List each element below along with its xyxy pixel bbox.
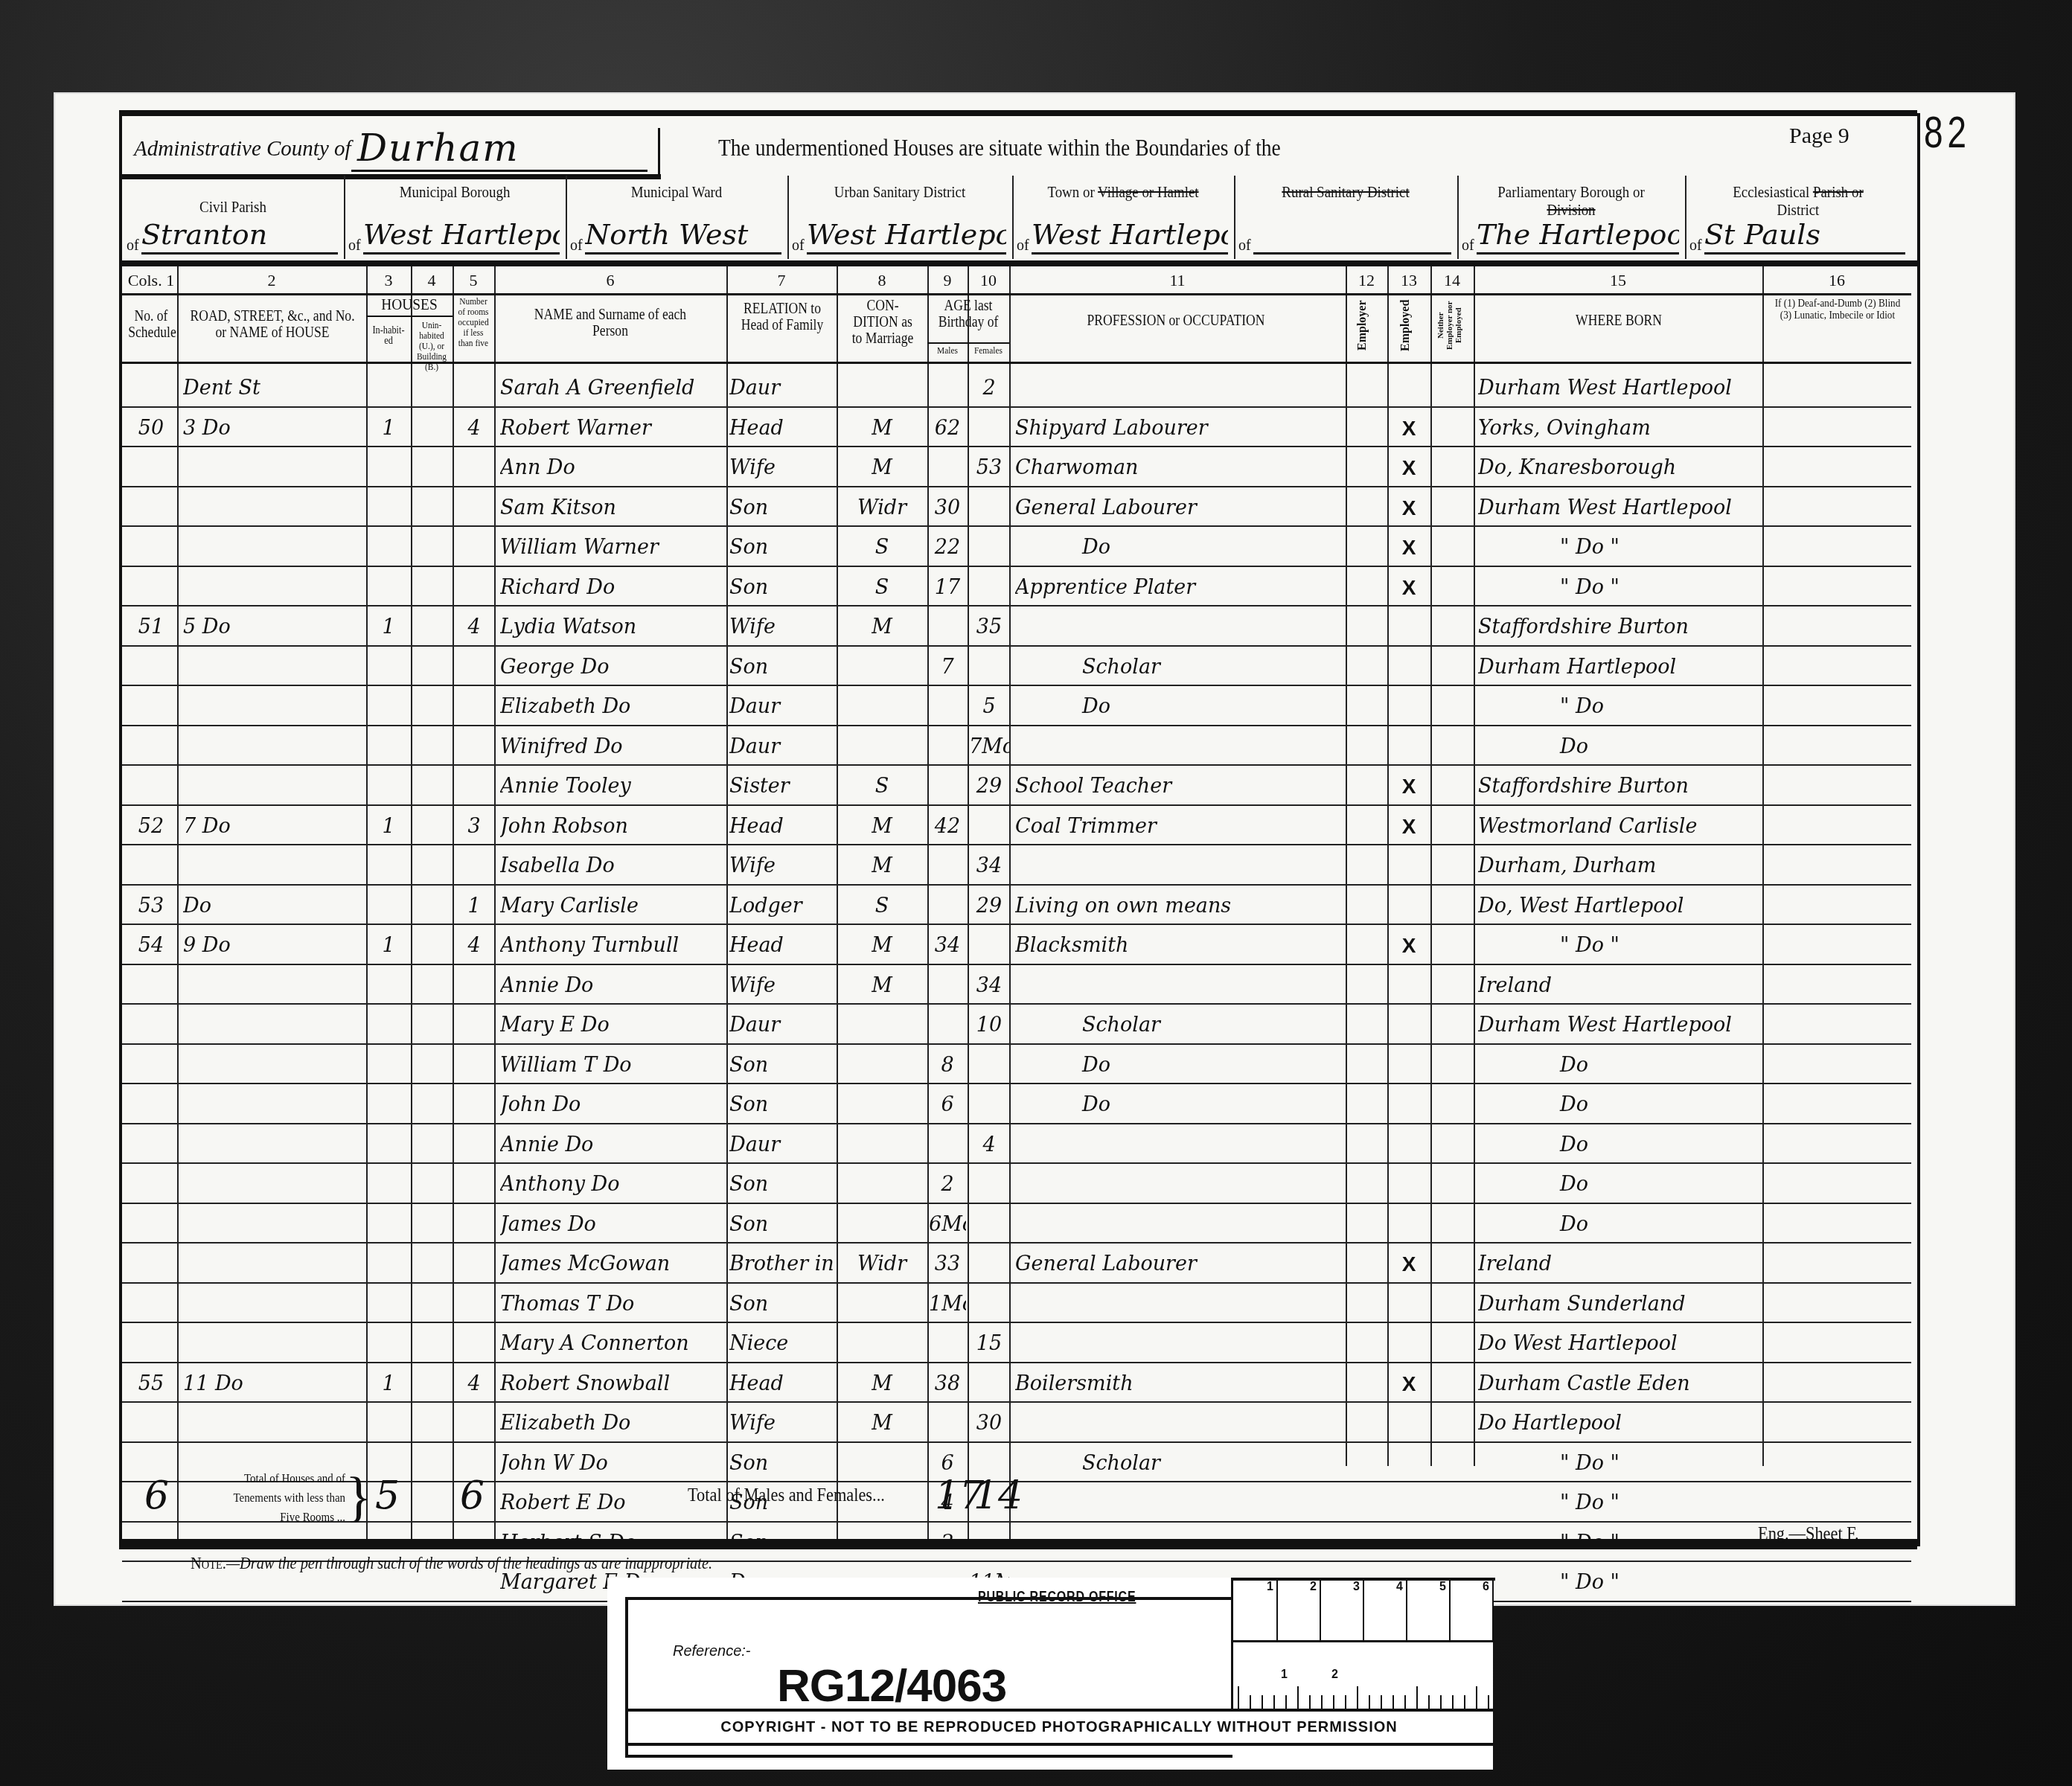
scale-tick (1392, 1695, 1394, 1712)
cell-relation: Son (729, 1162, 834, 1203)
cell-employed (1389, 685, 1429, 725)
cell-condition (838, 1083, 926, 1123)
area-value: West Hartlepool (1032, 217, 1228, 255)
cell-occupation: Living on own means (1015, 884, 1343, 924)
cell-name: Sarah A Greenfield (500, 366, 725, 406)
cell-age-m (929, 446, 966, 486)
cell-rooms (454, 486, 494, 526)
cell-address: 9 Do (183, 924, 365, 964)
cell-schedule (125, 486, 177, 526)
col-number: 11 (1009, 271, 1346, 290)
cell-born: Ireland (1478, 964, 1791, 1004)
area-parliamentary-borough: Parliamentary Borough orDivision of The … (1457, 176, 1686, 259)
col-number: 13 (1387, 271, 1430, 290)
cell-age-f: 2 (969, 366, 1009, 406)
cell-rooms: 3 (454, 804, 494, 845)
scale-tick (1262, 1695, 1263, 1712)
cell-inhabited: 1 (368, 1362, 409, 1402)
cell-occupation: Do (1015, 525, 1410, 566)
cell-age-m (929, 685, 966, 725)
cell-condition: M (838, 924, 926, 964)
cell-address (183, 1003, 365, 1043)
col-number: 14 (1430, 271, 1474, 290)
col-number: 9 (927, 271, 968, 290)
table-row: James DoSon6MoDo (122, 1203, 1911, 1244)
cell-address (183, 1083, 365, 1123)
cell-born: Do Hartlepool (1478, 1401, 1791, 1441)
cell-occupation: General Labourer (1015, 1242, 1343, 1282)
cell-schedule (125, 525, 177, 566)
page-label: Page 9 (1789, 124, 1849, 149)
cell-age-f (969, 1043, 1009, 1084)
cell-born: Do (1478, 1162, 1873, 1203)
cell-schedule: 52 (125, 804, 177, 845)
cell-rooms (454, 525, 494, 566)
of-label: of (1689, 237, 1702, 255)
cell-occupation (1015, 1322, 1343, 1362)
table-row: George DoSon7ScholarDurham Hartlepool (122, 645, 1911, 687)
cell-born: Yorks, Ovingham (1478, 406, 1791, 446)
cell-born: Do (1478, 1043, 1873, 1084)
cell-name: Annie Tooley (500, 764, 725, 804)
public-record-office-label: PUBLIC RECORD OFFICE (978, 1589, 1136, 1606)
cell-relation: Son (729, 1043, 834, 1084)
cell-born: " Do " (1478, 525, 1873, 566)
cell-age-f (969, 1162, 1009, 1203)
col-number: Cols. 1 (125, 271, 177, 290)
cell-born: Durham West Hartlepool (1478, 366, 1791, 406)
cell-relation: Daur (729, 1123, 834, 1163)
cell-occupation: Scholar (1015, 1003, 1410, 1043)
cell-name: Anthony Do (500, 1162, 725, 1203)
area-headers: Civil Parish of Stranton Municipal Borou… (122, 176, 1911, 259)
cell-age-m (929, 366, 966, 406)
scale-tick (1440, 1695, 1442, 1712)
cell-employed: X (1389, 566, 1429, 606)
heading-address: ROAD, STREET, &c., and No. or NAME of HO… (190, 308, 355, 341)
cell-relation: Wife (729, 605, 834, 645)
cell-schedule: 54 (125, 924, 177, 964)
of-label: of (127, 237, 139, 255)
cell-schedule (125, 1401, 177, 1441)
area-town: Town or Village or Hamlet of West Hartle… (1012, 176, 1235, 259)
cell-relation: Daur (729, 366, 834, 406)
cell-schedule (125, 1083, 177, 1123)
cell-age-f (969, 406, 1009, 446)
cell-rooms: 4 (454, 406, 494, 446)
scale-mark: 1 (1281, 1668, 1288, 1682)
scale-unit: 5 (1406, 1581, 1451, 1640)
area-municipal-borough: Municipal Borough of West Hartlepool (344, 176, 567, 259)
area-civil-parish: Civil Parish of Stranton (122, 176, 345, 259)
area-ecclesiastical: Ecclesiastical Parish orDistrict of St P… (1685, 176, 1911, 259)
area-heading: Municipal Ward (581, 183, 772, 201)
cell-name: Mary Carlisle (500, 884, 725, 924)
frame-top-rule (119, 110, 1917, 116)
cell-address (183, 486, 365, 526)
cell-age-m (929, 1123, 966, 1163)
admin-county-box: Administrative County of Durham (128, 128, 660, 174)
cell-address: 7 Do (183, 804, 365, 845)
cell-age-m (929, 1401, 966, 1441)
cell-schedule (125, 725, 177, 765)
cell-rooms (454, 645, 494, 685)
cell-born: Durham West Hartlepool (1478, 486, 1791, 526)
cell-relation: Head (729, 406, 834, 446)
cell-condition: Widr (838, 1242, 926, 1282)
scale-tick (1285, 1695, 1287, 1712)
scale-tick (1428, 1695, 1430, 1712)
cell-rooms (454, 1282, 494, 1322)
area-heading: Urban Sanitary District (803, 183, 997, 201)
header-bottom-rule (122, 362, 1911, 364)
cell-occupation (1015, 1282, 1343, 1322)
heading-relation: RELATION to Head of Family (735, 301, 830, 333)
cell-born: Durham Castle Eden (1478, 1362, 1791, 1402)
heading-uninhabited: Unin-habited (U.), or Building (B.) (413, 320, 450, 372)
cell-name: Elizabeth Do (500, 1401, 725, 1441)
cell-born: " Do " (1478, 1561, 1873, 1601)
cell-rooms (454, 1162, 494, 1203)
copyright-notice: COPYRIGHT - NOT TO BE REPRODUCED PHOTOGR… (625, 1709, 1493, 1746)
cell-rooms: 4 (454, 924, 494, 964)
heading-inhabited: In-habit-ed (370, 326, 406, 347)
total-rooms: 6 (460, 1473, 485, 1518)
cell-age-f (969, 1282, 1009, 1322)
area-heading: Ecclesiastical Parish orDistrict (1701, 183, 1895, 219)
cell-relation: Sister (729, 764, 834, 804)
cell-inhabited (368, 1083, 409, 1123)
cell-rooms (454, 1401, 494, 1441)
cell-occupation: Blacksmith (1015, 924, 1343, 964)
cell-employed: X (1389, 1242, 1429, 1282)
cell-age-f: 53 (969, 446, 1009, 486)
cell-schedule (125, 685, 177, 725)
cell-age-f (969, 645, 1009, 685)
area-heading: Municipal Borough (359, 183, 550, 201)
cell-address: Do (183, 884, 365, 924)
heading-age: AGE last Birthday of (933, 298, 1005, 330)
table-row: Mary A ConnertonNiece15Do West Hartlepoo… (122, 1322, 1911, 1363)
cell-name: Lydia Watson (500, 605, 725, 645)
cell-age-m: 34 (929, 924, 966, 964)
cell-name: Elizabeth Do (500, 685, 725, 725)
age-rule (927, 342, 1009, 344)
scale-tick (1416, 1686, 1418, 1712)
table-row: Anthony DoSon2Do (122, 1162, 1911, 1204)
cell-address (183, 1322, 365, 1362)
cell-age-m: 42 (929, 804, 966, 845)
reference-code: RG12/4063 (777, 1659, 1006, 1712)
cell-rooms (454, 1203, 494, 1243)
cell-schedule (125, 964, 177, 1004)
cell-age-f (969, 566, 1009, 606)
cell-address: 3 Do (183, 406, 365, 446)
cell-address: Dent St (183, 366, 365, 406)
cell-address (183, 1282, 365, 1322)
cell-rooms (454, 1003, 494, 1043)
area-value: North West (585, 217, 781, 255)
table-row: Winifred DoDaur7MoDo (122, 725, 1911, 766)
cell-relation: Head (729, 804, 834, 845)
table-row: Elizabeth DoDaur5Do" Do (122, 685, 1911, 726)
table-row: James McGowanBrother in LawWidr33General… (122, 1242, 1911, 1284)
cell-schedule (125, 1203, 177, 1243)
total-males-females-label: Total of Males and Females... (688, 1484, 885, 1506)
cell-employed: X (1389, 486, 1429, 526)
heading-where-born: WHERE BORN (1497, 313, 1740, 329)
cell-occupation: Apprentice Plater (1015, 566, 1343, 606)
cell-age-m: 1Mo (929, 1282, 966, 1322)
folio-number: 82 (1924, 106, 1971, 158)
cell-condition: M (838, 1362, 926, 1402)
scale-tick (1333, 1695, 1334, 1712)
of-label: of (348, 237, 361, 255)
cell-occupation (1015, 1401, 1343, 1441)
cell-name: Winifred Do (500, 725, 725, 765)
cell-rooms (454, 1043, 494, 1084)
cell-born: Staffordshire Burton (1478, 605, 1791, 645)
cell-employed (1389, 605, 1429, 645)
scale-tick (1273, 1695, 1275, 1712)
cell-name: James McGowan (500, 1242, 725, 1282)
area-urban-sanitary-district: Urban Sanitary District of West Hartlepo… (787, 176, 1014, 259)
cell-schedule (125, 1043, 177, 1084)
heading-females: Females (970, 345, 1006, 356)
cell-age-f: 30 (969, 1401, 1009, 1441)
cell-address (183, 645, 365, 685)
sheet-identifier: Eng.—Sheet F. (1758, 1523, 1858, 1545)
table-row: 5511 Do14Robert SnowballHeadM38Boilersmi… (122, 1362, 1911, 1403)
cell-inhabited (368, 525, 409, 566)
scale-tick (1404, 1695, 1406, 1712)
brace: } (345, 1467, 372, 1527)
cell-occupation (1015, 725, 1343, 765)
cell-condition: M (838, 964, 926, 1004)
cell-name: John Robson (500, 804, 725, 845)
cell-schedule: 53 (125, 884, 177, 924)
cell-employed (1389, 1282, 1429, 1322)
cell-born: Do (1478, 725, 1873, 765)
cell-age-m: 17 (929, 566, 966, 606)
cell-relation: Wife (729, 964, 834, 1004)
frame-bottom-rule (119, 1539, 1917, 1549)
table-row: 549 Do14Anthony TurnbullHeadM34Blacksmit… (122, 924, 1911, 965)
cell-condition: S (838, 884, 926, 924)
table-row: 53Do1Mary CarlisleLodgerS29Living on own… (122, 884, 1911, 926)
cell-inhabited (368, 446, 409, 486)
cell-occupation (1015, 605, 1343, 645)
cell-born: " Do (1478, 685, 1873, 725)
cell-employed: X (1389, 525, 1429, 566)
cell-relation: Son (729, 566, 834, 606)
cell-occupation (1015, 1203, 1343, 1243)
cell-inhabited (368, 1003, 409, 1043)
cell-born: Durham Sunderland (1478, 1282, 1791, 1322)
cell-schedule (125, 764, 177, 804)
scale-mark: 2 (1331, 1668, 1338, 1682)
table-row: 527 Do13John RobsonHeadM42Coal TrimmerXW… (122, 804, 1911, 846)
cell-condition (838, 1282, 926, 1322)
cell-schedule (125, 1282, 177, 1322)
cell-schedule (125, 844, 177, 884)
col-number: 12 (1346, 271, 1387, 290)
cell-address (183, 1242, 365, 1282)
cell-age-m (929, 1003, 966, 1043)
cell-name: Robert Warner (500, 406, 725, 446)
cell-name: Annie Do (500, 964, 725, 1004)
cell-employed (1389, 1162, 1429, 1203)
table-row: Annie DoDaur4Do (122, 1123, 1911, 1165)
cell-age-f: 34 (969, 844, 1009, 884)
cell-relation: Lodger (729, 884, 834, 924)
cell-schedule (125, 566, 177, 606)
scale-unit: 6 (1449, 1581, 1494, 1640)
cell-occupation: Coal Trimmer (1015, 804, 1343, 845)
cell-condition (838, 645, 926, 685)
heading-employed: Employed (1399, 298, 1413, 353)
heading-name: NAME and Surname of each Person (519, 307, 702, 339)
table-row: Thomas T DoSon1MoDurham Sunderland (122, 1282, 1911, 1324)
cell-age-f: 34 (969, 964, 1009, 1004)
cell-condition (838, 725, 926, 765)
cell-inhabited: 1 (368, 406, 409, 446)
cell-age-f (969, 525, 1009, 566)
totals-row: 6 Total of Houses and of Tenements with … (122, 1463, 1911, 1540)
scale-unit: 1 (1233, 1581, 1278, 1640)
col-number: 2 (177, 271, 366, 290)
cell-occupation: School Teacher (1015, 764, 1343, 804)
cell-condition (838, 685, 926, 725)
cell-inhabited: 1 (368, 804, 409, 845)
cell-age-m: 6Mo (929, 1203, 966, 1243)
cell-name: Sam Kitson (500, 486, 725, 526)
cell-age-m: 62 (929, 406, 966, 446)
cell-schedule (125, 1162, 177, 1203)
table-row: Ann DoWifeM53CharwomanXDo, Knaresborough (122, 446, 1911, 487)
cell-inhabited (368, 844, 409, 884)
cell-employed (1389, 1322, 1429, 1362)
cell-name: Mary A Connerton (500, 1322, 725, 1362)
cell-schedule (125, 645, 177, 685)
cell-address (183, 844, 365, 884)
cell-schedule (125, 366, 177, 406)
cell-born: Do (1478, 1123, 1873, 1163)
areas-rule (119, 260, 1917, 266)
cell-age-f: 5 (969, 685, 1009, 725)
cell-age-m: 33 (929, 1242, 966, 1282)
table-row: 515 Do14Lydia WatsonWifeM35Staffordshire… (122, 605, 1911, 647)
cell-relation: Wife (729, 1401, 834, 1441)
cell-rooms: 1 (454, 884, 494, 924)
cell-inhabited: 1 (368, 605, 409, 645)
cell-occupation: General Labourer (1015, 486, 1343, 526)
area-rural-sanitary-district: Rural Sanitary District of (1234, 176, 1459, 259)
of-label: of (1017, 237, 1029, 255)
cell-rooms (454, 1322, 494, 1362)
scale-tick (1297, 1686, 1299, 1712)
cell-schedule (125, 1003, 177, 1043)
cell-occupation: Scholar (1015, 645, 1410, 685)
cell-born: Do, West Hartlepool (1478, 884, 1791, 924)
cell-address: 5 Do (183, 605, 365, 645)
table-row: Isabella DoWifeM34Durham, Durham (122, 844, 1911, 886)
total-schedules: 6 (144, 1473, 169, 1518)
cell-rooms (454, 566, 494, 606)
area-value: St Pauls (1704, 217, 1905, 255)
cell-born: " Do " (1478, 924, 1873, 964)
cell-name: Robert Snowball (500, 1362, 725, 1402)
col-number: 8 (837, 271, 927, 290)
cell-address (183, 1162, 365, 1203)
cell-inhabited (368, 1242, 409, 1282)
cell-age-m: 7 (929, 645, 966, 685)
cell-condition (838, 1203, 926, 1243)
cell-condition (838, 1322, 926, 1362)
total-females: 14 (973, 1473, 1023, 1518)
cell-age-m (929, 764, 966, 804)
cell-condition: M (838, 446, 926, 486)
cell-name: William Warner (500, 525, 725, 566)
cell-inhabited (368, 1123, 409, 1163)
scale-unit: 3 (1320, 1581, 1364, 1640)
cell-inhabited (368, 964, 409, 1004)
cell-rooms (454, 844, 494, 884)
cell-employed (1389, 884, 1429, 924)
cell-relation: Head (729, 924, 834, 964)
cell-inhabited (368, 366, 409, 406)
cell-condition (838, 1162, 926, 1203)
scale-tick (1476, 1686, 1477, 1712)
cell-condition: M (838, 844, 926, 884)
cell-condition (838, 1003, 926, 1043)
cell-inhabited (368, 725, 409, 765)
cell-rooms (454, 964, 494, 1004)
heading-schedule: No. of Schedule (128, 308, 174, 341)
cell-employed (1389, 1043, 1429, 1084)
cell-employed (1389, 1003, 1429, 1043)
cell-age-f (969, 486, 1009, 526)
scale-unit: 4 (1363, 1581, 1407, 1640)
area-value: West Hartlepool (363, 217, 560, 255)
cell-age-m: 2 (929, 1162, 966, 1203)
cell-inhabited (368, 1322, 409, 1362)
cell-rooms (454, 685, 494, 725)
heading-occupation: PROFESSION or OCCUPATION (1045, 313, 1307, 329)
struck-heading: Rural Sanitary District (1282, 182, 1409, 201)
cell-employed: X (1389, 1362, 1429, 1402)
col-number: 3 (366, 271, 411, 290)
measurement-scale: 123456 12 (1231, 1578, 1495, 1712)
scale-tick (1357, 1686, 1358, 1712)
area-heading: Town or Village or Hamlet (1028, 183, 1218, 201)
cell-occupation: Do (1015, 685, 1410, 725)
cell-occupation: Charwoman (1015, 446, 1343, 486)
cell-born: Durham, Durham (1478, 844, 1791, 884)
cell-relation: Son (729, 645, 834, 685)
cell-rooms: 4 (454, 605, 494, 645)
struck-heading: Village or Hamlet (1098, 182, 1198, 201)
cell-born: Durham Hartlepool (1478, 645, 1791, 685)
cell-name: Annie Do (500, 1123, 725, 1163)
cell-inhabited (368, 1162, 409, 1203)
cell-address (183, 1203, 365, 1243)
heading-condition: CON-DITION as to Marriage (847, 298, 918, 347)
cell-age-m (929, 605, 966, 645)
scale-tick (1321, 1695, 1323, 1712)
cell-born: Do West Hartlepool (1478, 1322, 1791, 1362)
scale-tick (1452, 1695, 1454, 1712)
